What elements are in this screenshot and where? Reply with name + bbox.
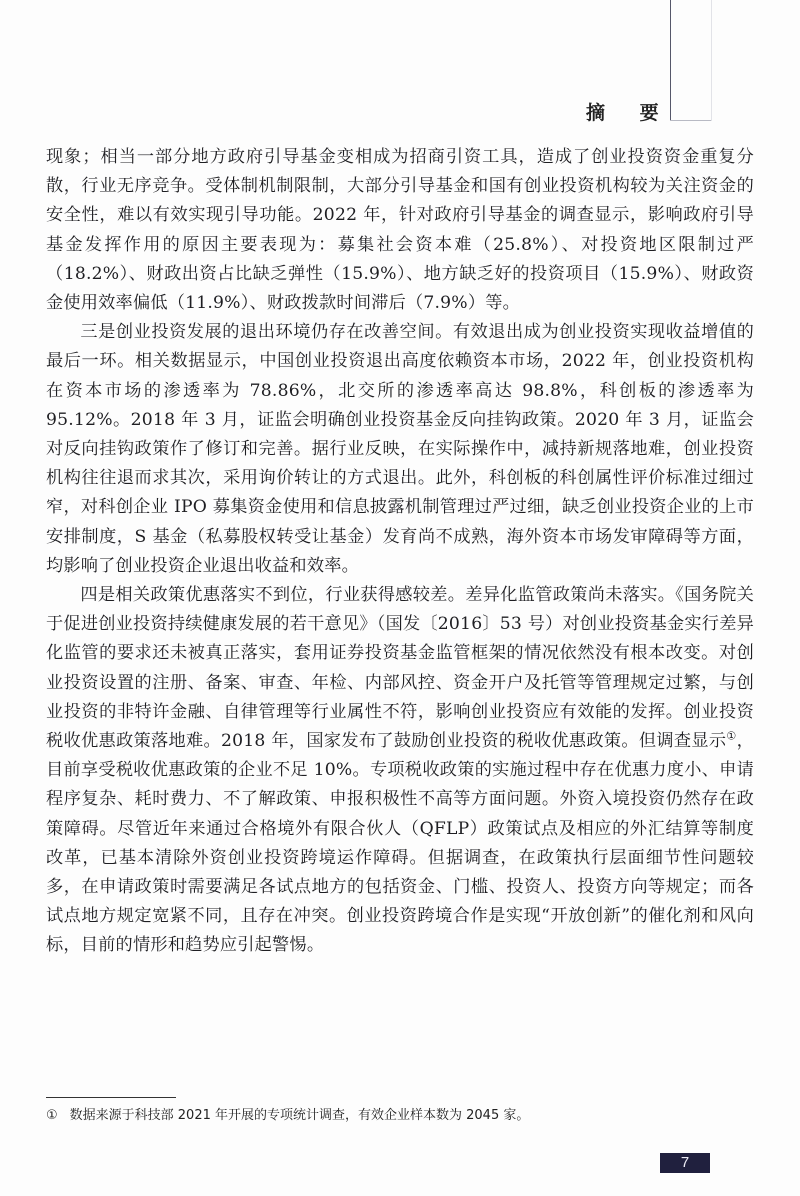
header-rule-vertical	[670, 0, 671, 121]
paragraph-exit-environment: 三是创业投资发展的退出环境仍存在改善空间。有效退出成为创业投资实现收益增值的最后…	[46, 318, 754, 581]
body-text: 现象；相当一部分地方政府引导基金变相成为招商引资工具，造成了创业投资资金重复分散…	[46, 143, 754, 961]
header-box-edge	[711, 0, 712, 121]
footnote-text: 数据来源于科技部 2021 年开展的专项统计调查，有效企业样本数为 2045 家…	[70, 1108, 530, 1123]
paragraph-continued: 现象；相当一部分地方政府引导基金变相成为招商引资工具，造成了创业投资资金重复分散…	[46, 143, 754, 318]
footnote: ①数据来源于科技部 2021 年开展的专项统计调查，有效企业样本数为 2045 …	[46, 1104, 529, 1123]
paragraph-policy-implementation: 四是相关政策优惠落实不到位，行业获得感较差。差异化监管政策尚未落实。《国务院关于…	[46, 581, 754, 961]
paragraph-policy-part2: ，目前享受税收优惠政策的企业不足 10%。专项税收政策的实施过程中存在优惠力度小…	[46, 731, 754, 955]
footnote-rule	[46, 1097, 176, 1098]
page-number: 7	[660, 1153, 710, 1173]
running-head-title: 摘 要	[586, 98, 673, 125]
footnote-reference[interactable]: ①	[726, 729, 736, 742]
footnote-number: ①	[46, 1108, 58, 1123]
header-rule-horizontal	[670, 120, 712, 121]
paragraph-policy-part1: 四是相关政策优惠落实不到位，行业获得感较差。差异化监管政策尚未落实。《国务院关于…	[46, 585, 754, 751]
